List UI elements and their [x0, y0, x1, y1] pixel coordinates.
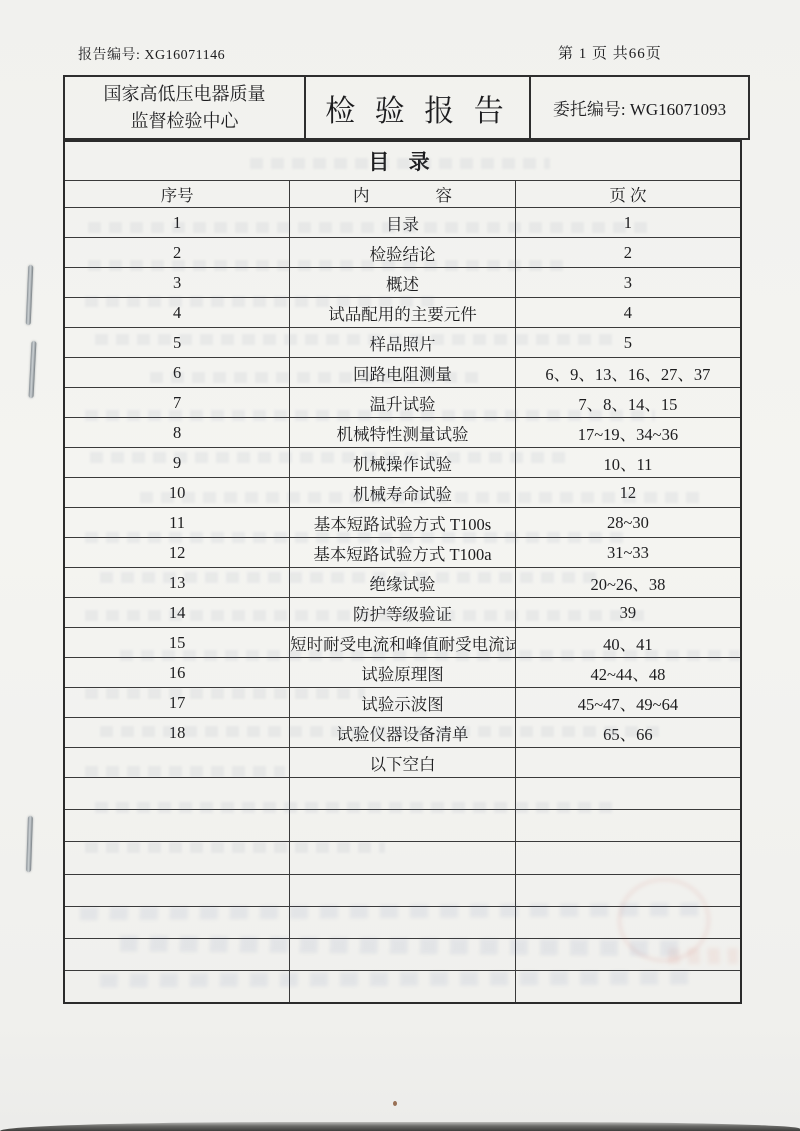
toc-cell-pages — [515, 938, 741, 970]
toc-cell-content — [290, 810, 516, 842]
toc-cell-pages: 4 — [515, 298, 741, 328]
toc-cell-content: 试验原理图 — [290, 658, 516, 688]
toc-cell-pages: 42~44、48 — [515, 658, 741, 688]
scanner-edge-shadow — [0, 1122, 800, 1131]
toc-table: 目 录 序号 内 容 页 次 1目录12检验结论23概述34试品配用的主要元件4… — [63, 140, 742, 1004]
toc-col-header-no: 序号 — [64, 181, 290, 208]
toc-cell-no: 9 — [64, 448, 290, 478]
toc-empty-row — [64, 971, 741, 1004]
toc-col-header-pages: 页 次 — [515, 181, 741, 208]
toc-row: 11基本短路试验方式 T100s28~30 — [64, 508, 741, 538]
toc-cell-pages: 10、11 — [515, 448, 741, 478]
staple — [29, 341, 37, 398]
toc-cell-pages — [515, 971, 741, 1004]
toc-row: 9机械操作试验10、11 — [64, 448, 741, 478]
toc-row: 15短时耐受电流和峰值耐受电流试验40、41 — [64, 628, 741, 658]
toc-cell-no: 11 — [64, 508, 290, 538]
toc-cell-no: 4 — [64, 298, 290, 328]
toc-cell-no: 13 — [64, 568, 290, 598]
toc-blank-note: 以下空白 — [290, 748, 516, 778]
staple — [26, 816, 33, 872]
toc-cell-pages: 5 — [515, 328, 741, 358]
report-title: 检 验 报 告 — [305, 76, 530, 139]
toc-cell-pages — [515, 874, 741, 906]
toc-cell-no: 12 — [64, 538, 290, 568]
toc-cell-pages — [515, 810, 741, 842]
toc-row: 16试验原理图42~44、48 — [64, 658, 741, 688]
paper-speck — [393, 1101, 397, 1106]
toc-cell-content: 试品配用的主要元件 — [290, 298, 516, 328]
toc-header-row: 序号 内 容 页 次 — [64, 181, 741, 208]
scanned-report-page: 报告编号: XG16071146 第 1 页 共66页 国家高低压电器质量 监督… — [0, 0, 800, 1131]
toc-cell-content — [290, 874, 516, 906]
toc-row: 3概述3 — [64, 268, 741, 298]
toc-cell-pages: 2 — [515, 238, 741, 268]
toc-cell-content: 检验结论 — [290, 238, 516, 268]
toc-cell-content: 试验仪器设备清单 — [290, 718, 516, 748]
toc-cell-content: 短时耐受电流和峰值耐受电流试验 — [290, 628, 516, 658]
toc-cell-content — [290, 971, 516, 1004]
toc-cell-content: 试验示波图 — [290, 688, 516, 718]
toc-row: 2检验结论2 — [64, 238, 741, 268]
toc-row: 7温升试验7、8、14、15 — [64, 388, 741, 418]
toc-cell-pages: 6、9、13、16、27、37 — [515, 358, 741, 388]
toc-cell-no: 16 — [64, 658, 290, 688]
toc-cell-pages: 65、66 — [515, 718, 741, 748]
toc-cell-no: 17 — [64, 688, 290, 718]
toc-cell-content: 温升试验 — [290, 388, 516, 418]
toc-cell-content: 基本短路试验方式 T100s — [290, 508, 516, 538]
toc-cell-no: 15 — [64, 628, 290, 658]
toc-empty-row — [64, 778, 741, 810]
toc-cell-content: 机械特性测量试验 — [290, 418, 516, 448]
toc-cell-pages — [515, 842, 741, 874]
toc-cell-no: 2 — [64, 238, 290, 268]
toc-cell-no — [64, 810, 290, 842]
toc-cell-pages — [515, 906, 741, 938]
toc-cell-no: 5 — [64, 328, 290, 358]
toc-cell-no: 8 — [64, 418, 290, 448]
toc-cell-no — [64, 906, 290, 938]
commission-number: 委托编号: WG16071093 — [530, 76, 749, 139]
toc-cell-no: 18 — [64, 718, 290, 748]
toc-row: 18试验仪器设备清单65、66 — [64, 718, 741, 748]
toc-cell-pages: 3 — [515, 268, 741, 298]
toc-blank-note-row: 以下空白 — [64, 748, 741, 778]
toc-empty-row — [64, 906, 741, 938]
report-header-table: 国家高低压电器质量 监督检验中心 检 验 报 告 委托编号: WG1607109… — [63, 75, 750, 140]
toc-cell-content — [290, 842, 516, 874]
org-name-line1: 国家高低压电器质量 — [65, 81, 304, 107]
toc-cell-no — [64, 842, 290, 874]
toc-cell-no: 10 — [64, 478, 290, 508]
toc-cell-pages: 31~33 — [515, 538, 741, 568]
toc-cell-content: 目录 — [290, 208, 516, 238]
toc-empty-row — [64, 874, 741, 906]
toc-row: 4试品配用的主要元件4 — [64, 298, 741, 328]
toc-row: 6回路电阻测量6、9、13、16、27、37 — [64, 358, 741, 388]
toc-row: 14防护等级验证39 — [64, 598, 741, 628]
toc-cell-content: 基本短路试验方式 T100a — [290, 538, 516, 568]
toc-empty-row — [64, 842, 741, 874]
toc-cell-no — [64, 748, 290, 778]
toc-empty-row — [64, 810, 741, 842]
toc-cell-pages — [515, 748, 741, 778]
toc-cell-no — [64, 778, 290, 810]
toc-cell-content: 样品照片 — [290, 328, 516, 358]
toc-row: 17试验示波图45~47、49~64 — [64, 688, 741, 718]
toc-cell-no — [64, 938, 290, 970]
toc-row: 12基本短路试验方式 T100a31~33 — [64, 538, 741, 568]
toc-cell-no: 14 — [64, 598, 290, 628]
toc-cell-no: 7 — [64, 388, 290, 418]
toc-row: 1目录1 — [64, 208, 741, 238]
toc-cell-no: 3 — [64, 268, 290, 298]
org-name-cell: 国家高低压电器质量 监督检验中心 — [64, 76, 305, 139]
toc-cell-content: 概述 — [290, 268, 516, 298]
report-number: 报告编号: XG16071146 — [78, 44, 225, 64]
toc-row: 5样品照片5 — [64, 328, 741, 358]
toc-row: 8机械特性测量试验17~19、34~36 — [64, 418, 741, 448]
page-indicator: 第 1 页 共66页 — [558, 42, 662, 63]
toc-cell-content — [290, 778, 516, 810]
toc-cell-no — [64, 874, 290, 906]
toc-cell-pages: 20~26、38 — [515, 568, 741, 598]
toc-cell-no — [64, 971, 290, 1004]
toc-cell-pages: 12 — [515, 478, 741, 508]
staple — [26, 265, 34, 325]
toc-cell-content: 机械操作试验 — [290, 448, 516, 478]
toc-cell-pages: 1 — [515, 208, 741, 238]
toc-cell-content — [290, 906, 516, 938]
toc-cell-pages: 7、8、14、15 — [515, 388, 741, 418]
toc-empty-row — [64, 938, 741, 970]
toc-cell-content — [290, 938, 516, 970]
toc-cell-pages — [515, 778, 741, 810]
toc-cell-pages: 39 — [515, 598, 741, 628]
toc-title: 目 录 — [64, 141, 741, 181]
toc-row: 13绝缘试验20~26、38 — [64, 568, 741, 598]
toc-cell-pages: 28~30 — [515, 508, 741, 538]
toc-body: 目 录 序号 内 容 页 次 1目录12检验结论23概述34试品配用的主要元件4… — [64, 141, 741, 1003]
toc-cell-content: 防护等级验证 — [290, 598, 516, 628]
toc-cell-pages: 45~47、49~64 — [515, 688, 741, 718]
toc-title-row: 目 录 — [64, 141, 741, 181]
toc-cell-pages: 40、41 — [515, 628, 741, 658]
toc-cell-no: 6 — [64, 358, 290, 388]
toc-cell-content: 绝缘试验 — [290, 568, 516, 598]
org-name-line2: 监督检验中心 — [65, 108, 304, 134]
toc-col-header-content: 内 容 — [290, 181, 516, 208]
toc-row: 10机械寿命试验12 — [64, 478, 741, 508]
toc-cell-content: 回路电阻测量 — [290, 358, 516, 388]
toc-cell-pages: 17~19、34~36 — [515, 418, 741, 448]
toc-cell-no: 1 — [64, 208, 290, 238]
toc-cell-content: 机械寿命试验 — [290, 478, 516, 508]
